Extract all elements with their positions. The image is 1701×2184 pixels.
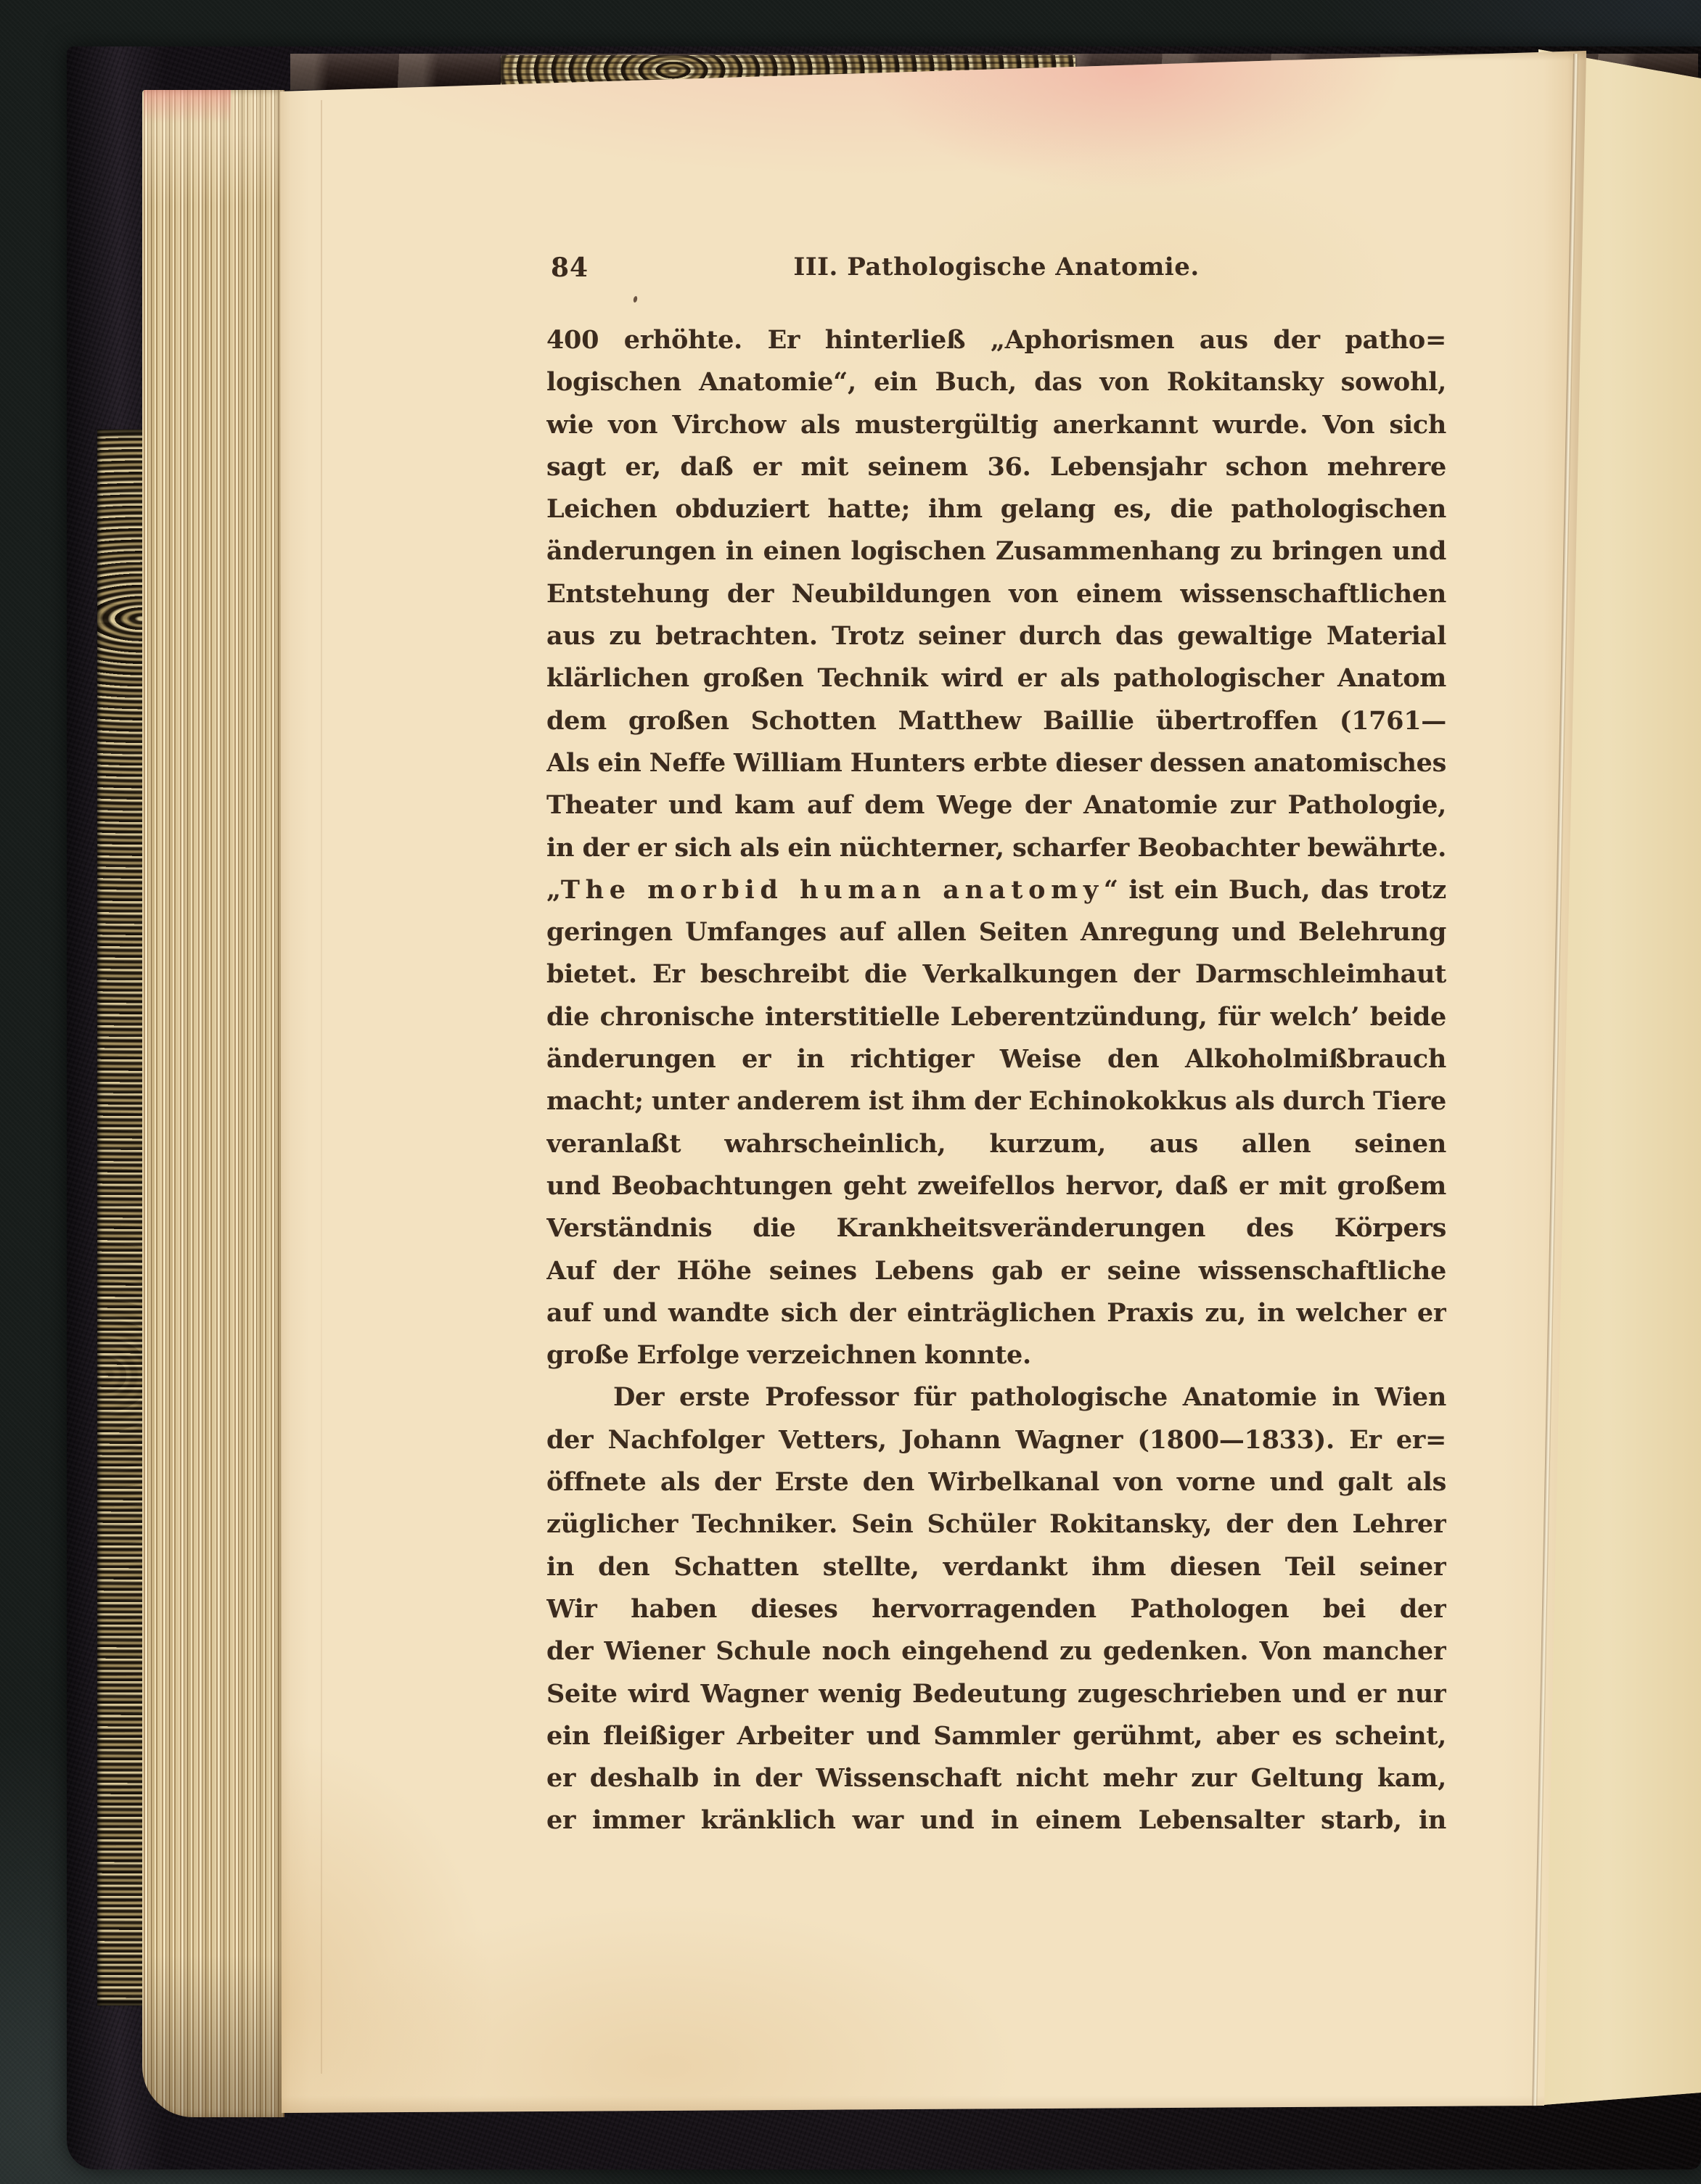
text-line: aus zu betrachten. Trotz seiner durch da… — [546, 615, 1446, 657]
page-content: 84 III. Pathologische Anatomie. 400 erhö… — [280, 49, 1586, 2114]
page-edges-stack — [142, 90, 284, 2117]
text-line: er deshalb in der Wissenschaft nicht meh… — [546, 1757, 1446, 1799]
text-line: große Erfolge verzeichnen konnte. — [546, 1334, 1446, 1376]
text-line: der Wiener Schule noch eingehend zu gede… — [546, 1630, 1446, 1672]
text-line: in der er sich als ein nüchterner, schar… — [546, 827, 1446, 869]
text-line: Als ein Neffe William Hunters erbte dies… — [546, 742, 1446, 784]
text-line: züglicher Techniker. Sein Schüler Rokita… — [546, 1503, 1446, 1545]
text-block: 400 erhöhte. Er hinterließ „Aphorismen a… — [546, 319, 1446, 1842]
text-line: er immer kränklich war und in einem Lebe… — [546, 1799, 1446, 1842]
text-line: bietet. Er beschreibt die Verkalkungen d… — [546, 953, 1446, 995]
running-header: III. Pathologische Anatomie. — [546, 253, 1446, 282]
text-line: logischen Anatomie“, ein Buch, das von R… — [546, 361, 1446, 403]
text-line: „The morbid human anatomy“ ist ein Buch,… — [546, 869, 1446, 911]
text-line: Entstehung der Neubildungen von einem wi… — [546, 573, 1446, 615]
text-line: Verständnis die Krankheitsveränderungen … — [546, 1207, 1446, 1249]
text-line: auf und wandte sich der einträglichen Pr… — [546, 1292, 1446, 1334]
text-line: in den Schatten stellte, verdankt ihm di… — [546, 1546, 1446, 1588]
page-header-row: 84 III. Pathologische Anatomie. — [546, 253, 1446, 289]
text-line: änderungen in einen logischen Zusammenha… — [546, 530, 1446, 572]
text-line: Auf der Höhe seines Lebens gab er seine … — [546, 1250, 1446, 1292]
text-line: und Beobachtungen geht zweifellos hervor… — [546, 1165, 1446, 1207]
text-line: öffnete als der Erste den Wirbelkanal vo… — [546, 1461, 1446, 1503]
text-line: wie von Virchow als mustergültig anerkan… — [546, 404, 1446, 446]
text-line: die chronische interstitielle Leberentzü… — [546, 996, 1446, 1038]
text-line: der Nachfolger Vetters, Johann Wagner (1… — [546, 1419, 1446, 1461]
text-line: macht; unter anderem ist ihm der Echinok… — [546, 1080, 1446, 1122]
text-line: Leichen obduziert hatte; ihm gelang es, … — [546, 488, 1446, 530]
text-line: veranlaßt wahrscheinlich, kurzum, aus al… — [546, 1123, 1446, 1165]
text-line: Theater und kam auf dem Wege der Anatomi… — [546, 784, 1446, 826]
text-line: sagt er, daß er mit seinem 36. Lebensjah… — [546, 446, 1446, 488]
text-line: änderungen er in richtiger Weise den Alk… — [546, 1038, 1446, 1080]
text-line: 400 erhöhte. Er hinterließ „Aphorismen a… — [546, 319, 1446, 361]
text-line: geringen Umfanges auf allen Seiten Anreg… — [546, 911, 1446, 953]
text-line: ein fleißiger Arbeiter und Sammler gerüh… — [546, 1715, 1446, 1757]
text-line: Der erste Professor für pathologische An… — [546, 1376, 1446, 1419]
book-scan-photo: { "page": { "number": "84", "running_hea… — [0, 0, 1701, 2184]
text-line: Wir haben dieses hervorragenden Patholog… — [546, 1588, 1446, 1630]
text-line: dem großen Schotten Matthew Baillie über… — [546, 700, 1446, 742]
page-edges-pink-tint — [144, 90, 231, 123]
page-number: 84 — [551, 253, 589, 283]
text-line: klärlichen großen Technik wird er als pa… — [546, 657, 1446, 699]
text-line: Seite wird Wagner wenig Bedeutung zugesc… — [546, 1673, 1446, 1715]
book-page: 84 III. Pathologische Anatomie. 400 erhö… — [280, 49, 1586, 2114]
